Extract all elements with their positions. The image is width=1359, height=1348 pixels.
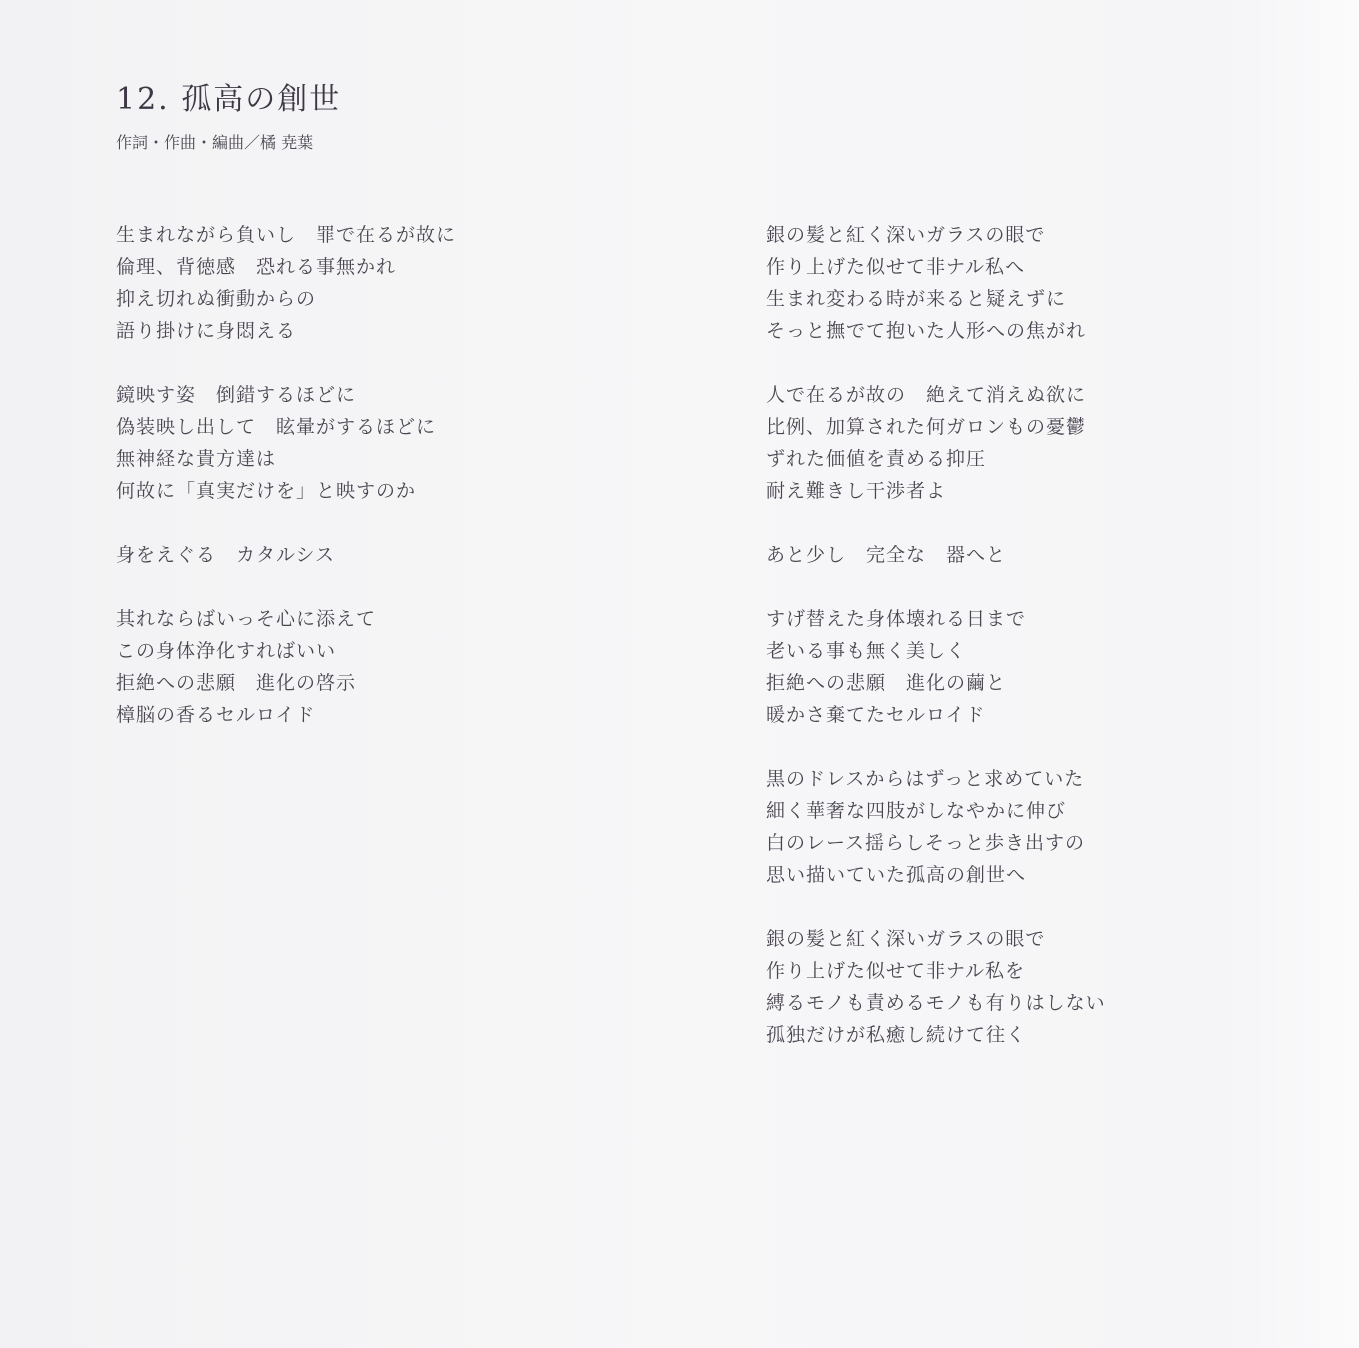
lyric-line: 暖かさ棄てたセルロイド (766, 699, 1326, 731)
lyric-line: 生まれながら負いし 罪で在るが故に (116, 219, 676, 251)
lyric-line: 人で在るが故の 絶えて消えぬ欲に (766, 379, 1326, 411)
lyric-line: 耐え難きし干渉者よ (766, 475, 1326, 507)
lyric-line: 孤独だけが私癒し続けて往く (766, 1019, 1326, 1051)
lyric-line: 白のレース揺らしそっと歩き出すの (766, 827, 1326, 859)
stanza: あと少し 完全な 器へと (766, 539, 1326, 571)
lyric-line: そっと撫でて抱いた人形への焦がれ (766, 315, 1326, 347)
song-credit: 作詞・作曲・編曲／橘 尭葉 (116, 132, 313, 154)
lyric-line: 樟脳の香るセルロイド (116, 699, 676, 731)
lyric-line: 身をえぐる カタルシス (116, 539, 676, 571)
lyric-line: 其れならばいっそ心に添えて (116, 603, 676, 635)
lyric-line: すげ替えた身体壊れる日まで (766, 603, 1326, 635)
lyric-line: 偽装映し出して 眩暈がするほどに (116, 411, 676, 443)
stanza: 身をえぐる カタルシス (116, 539, 676, 571)
lyrics-left-column: 生まれながら負いし 罪で在るが故に 倫理、背徳感 恐れる事無かれ 抑え切れぬ衝動… (116, 219, 676, 763)
stanza: 銀の髪と紅く深いガラスの眼で 作り上げた似せて非ナル私を 縛るモノも責めるモノも… (766, 923, 1326, 1051)
lyric-line: あと少し 完全な 器へと (766, 539, 1326, 571)
lyric-line: 細く華奢な四肢がしなやかに伸び (766, 795, 1326, 827)
lyric-line: ずれた価値を責める抑圧 (766, 443, 1326, 475)
lyric-line: 抑え切れぬ衝動からの (116, 283, 676, 315)
lyric-line: 銀の髪と紅く深いガラスの眼で (766, 219, 1326, 251)
lyric-line: 作り上げた似せて非ナル私へ (766, 251, 1326, 283)
lyric-line: 黒のドレスからはずっと求めていた (766, 763, 1326, 795)
lyric-line: 無神経な貴方達は (116, 443, 676, 475)
stanza: 銀の髪と紅く深いガラスの眼で 作り上げた似せて非ナル私へ 生まれ変わる時が来ると… (766, 219, 1326, 347)
lyric-line: 何故に「真実だけを」と映すのか (116, 475, 676, 507)
stanza: 人で在るが故の 絶えて消えぬ欲に 比例、加算された何ガロンもの憂鬱 ずれた価値を… (766, 379, 1326, 507)
lyric-line: この身体浄化すればいい (116, 635, 676, 667)
lyric-line: 拒絶への悲願 進化の繭と (766, 667, 1326, 699)
lyrics-right-column: 銀の髪と紅く深いガラスの眼で 作り上げた似せて非ナル私へ 生まれ変わる時が来ると… (766, 219, 1326, 1083)
lyric-line: 鏡映す姿 倒錯するほどに (116, 379, 676, 411)
lyric-line: 思い描いていた孤高の創世へ (766, 859, 1326, 891)
stanza: 黒のドレスからはずっと求めていた 細く華奢な四肢がしなやかに伸び 白のレース揺ら… (766, 763, 1326, 891)
stanza: すげ替えた身体壊れる日まで 老いる事も無く美しく 拒絶への悲願 進化の繭と 暖か… (766, 603, 1326, 731)
lyric-line: 拒絶への悲願 進化の啓示 (116, 667, 676, 699)
lyric-line: 語り掛けに身悶える (116, 315, 676, 347)
lyric-line: 生まれ変わる時が来ると疑えずに (766, 283, 1326, 315)
lyric-line: 比例、加算された何ガロンもの憂鬱 (766, 411, 1326, 443)
lyric-line: 作り上げた似せて非ナル私を (766, 955, 1326, 987)
lyric-sheet-page: 12. 孤高の創世 作詞・作曲・編曲／橘 尭葉 生まれながら負いし 罪で在るが故… (0, 0, 1359, 1348)
stanza: 鏡映す姿 倒錯するほどに 偽装映し出して 眩暈がするほどに 無神経な貴方達は 何… (116, 379, 676, 507)
song-title: 12. 孤高の創世 (116, 80, 341, 120)
lyric-line: 老いる事も無く美しく (766, 635, 1326, 667)
lyric-line: 縛るモノも責めるモノも有りはしない (766, 987, 1326, 1019)
lyric-line: 倫理、背徳感 恐れる事無かれ (116, 251, 676, 283)
stanza: 生まれながら負いし 罪で在るが故に 倫理、背徳感 恐れる事無かれ 抑え切れぬ衝動… (116, 219, 676, 347)
stanza: 其れならばいっそ心に添えて この身体浄化すればいい 拒絶への悲願 進化の啓示 樟… (116, 603, 676, 731)
lyric-line: 銀の髪と紅く深いガラスの眼で (766, 923, 1326, 955)
